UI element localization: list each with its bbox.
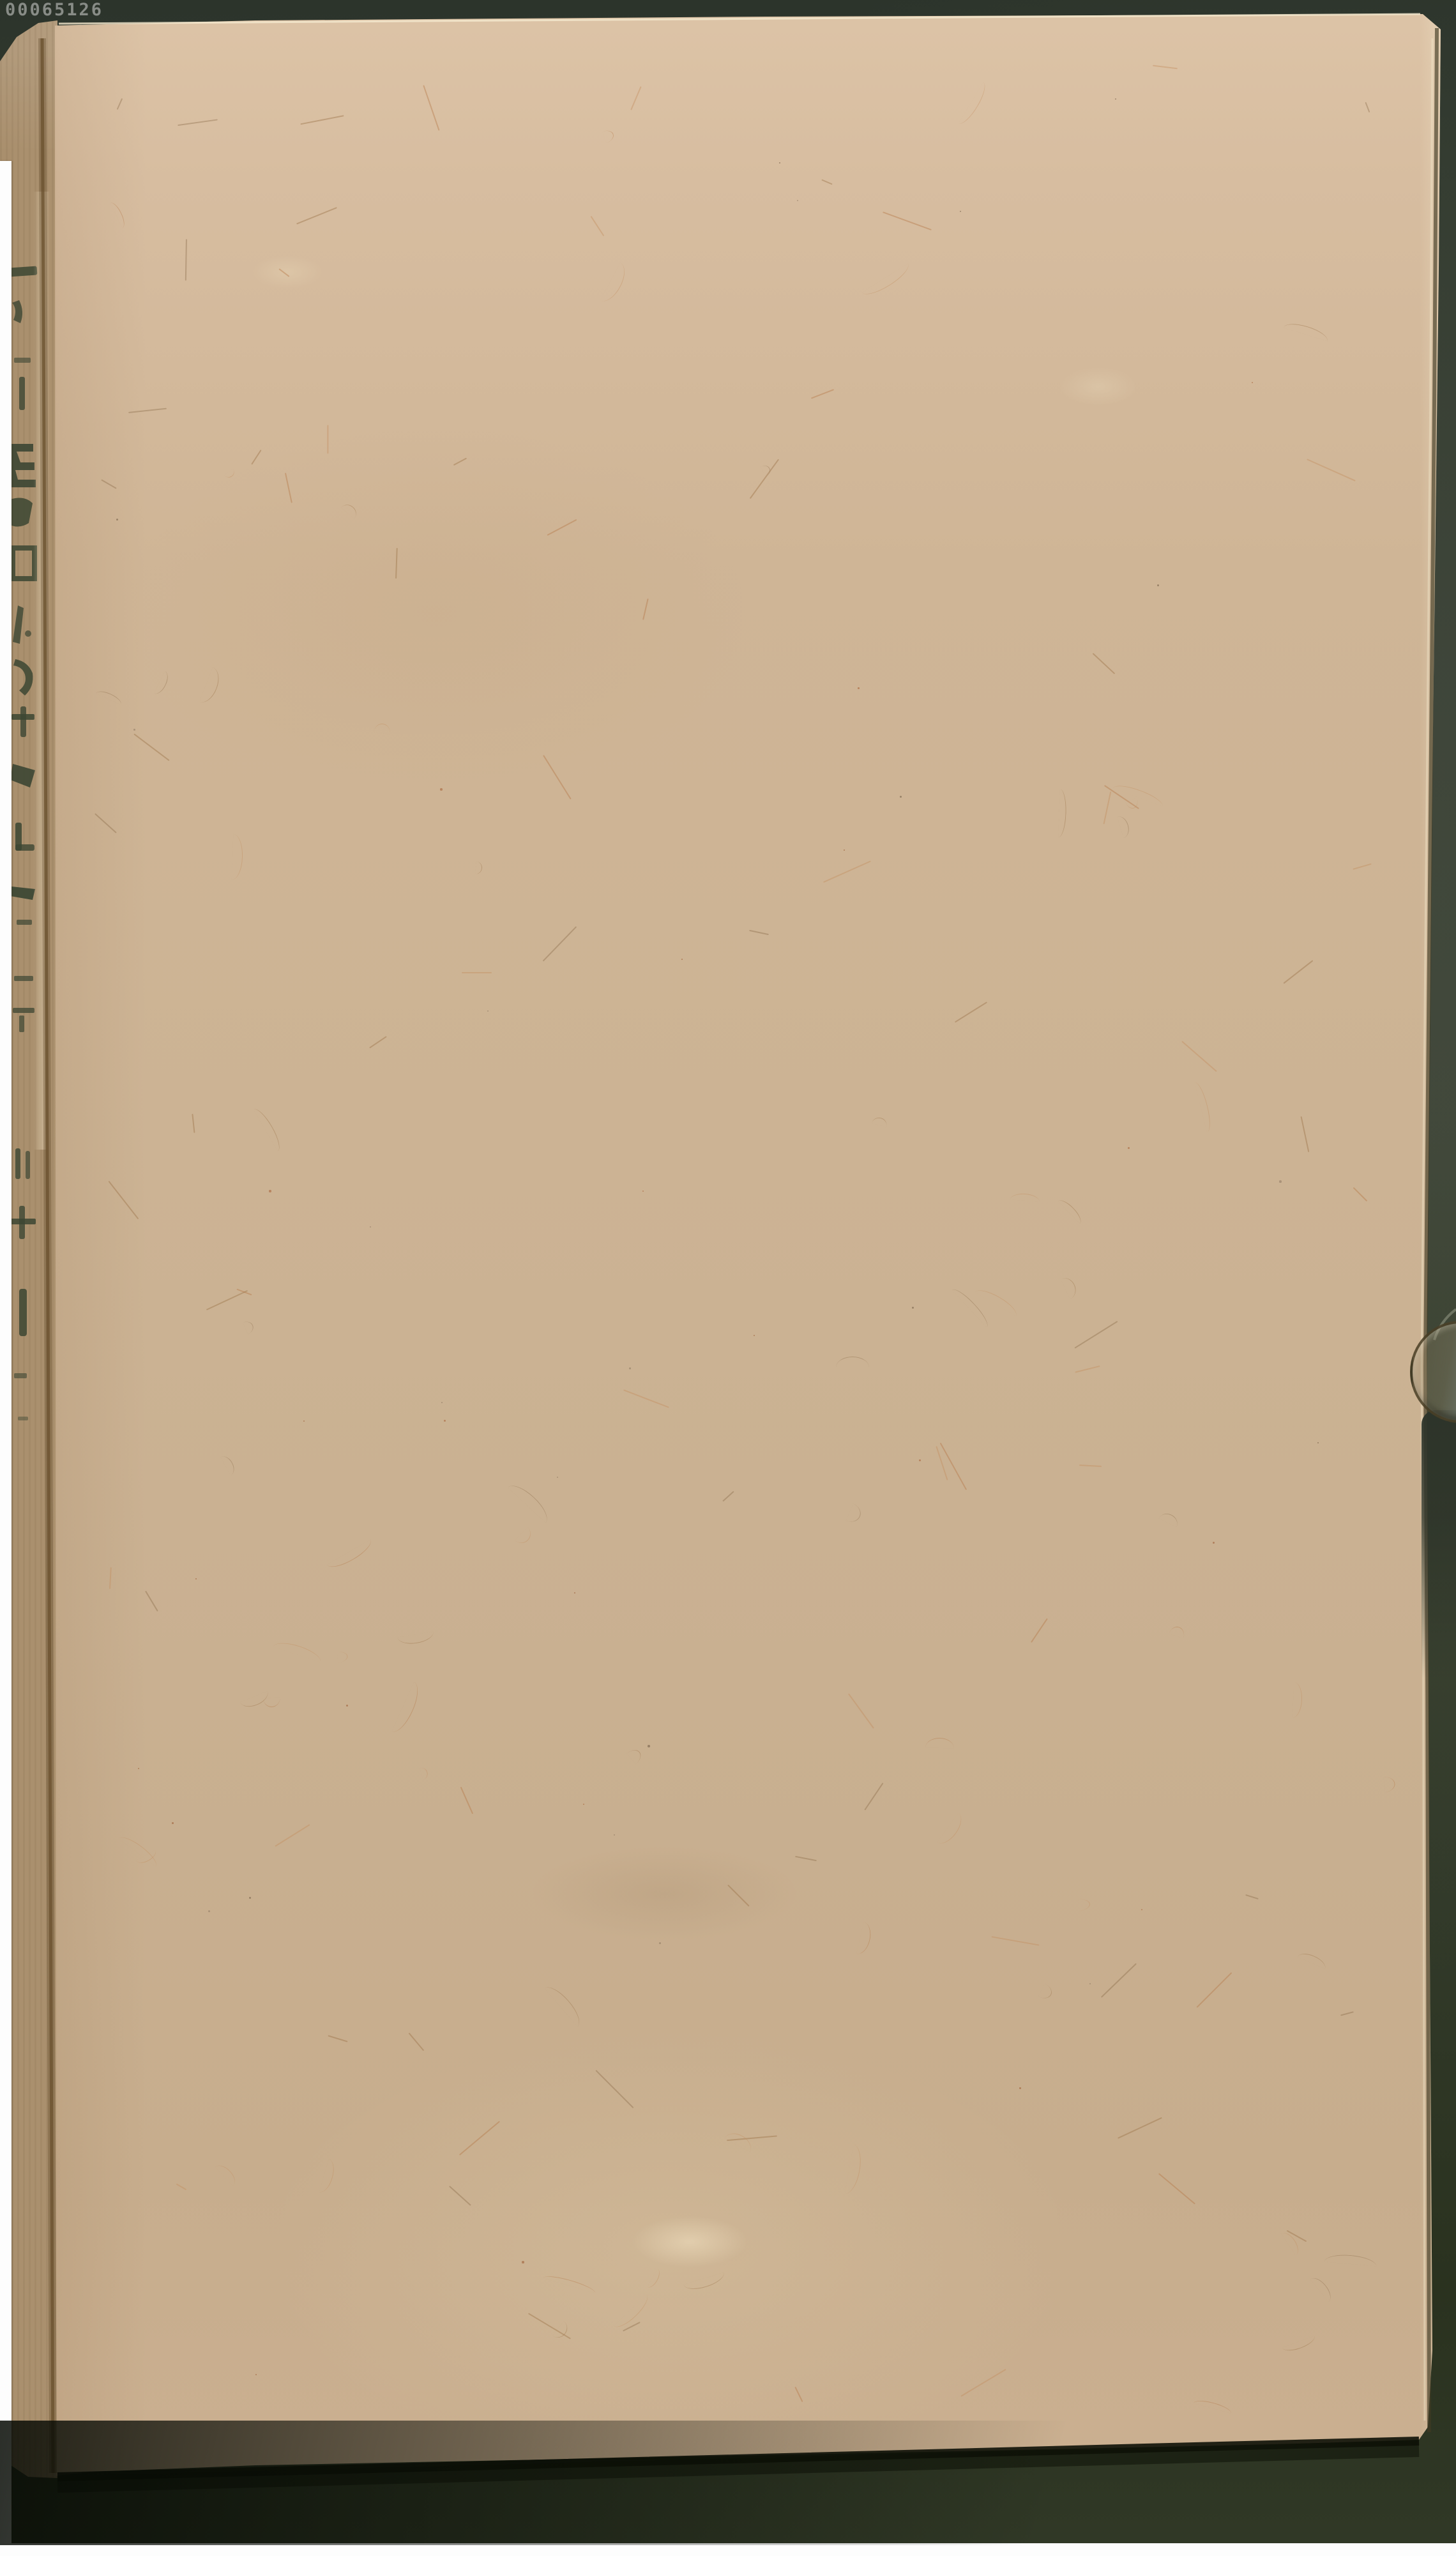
paper-speck bbox=[303, 1420, 305, 1422]
paper-fiber bbox=[128, 408, 167, 413]
paper-fiber bbox=[397, 1632, 434, 1647]
paper-fiber bbox=[991, 1936, 1039, 1945]
paper-speck bbox=[629, 1367, 631, 1369]
paper-fiber bbox=[1075, 1365, 1100, 1373]
paper-fiber bbox=[251, 450, 261, 465]
paper-fiber bbox=[937, 1813, 966, 1848]
paper-fiber bbox=[109, 1567, 112, 1589]
paper-fiber bbox=[263, 1698, 281, 1708]
paper-speck bbox=[1115, 98, 1116, 100]
paper-fiber bbox=[95, 813, 117, 833]
paper-fiber bbox=[543, 926, 577, 961]
paper-speck bbox=[440, 788, 443, 791]
paper-speck bbox=[133, 729, 135, 731]
paper-fiber bbox=[602, 128, 616, 143]
paper-speck bbox=[844, 849, 845, 851]
paper-fiber bbox=[1284, 960, 1314, 984]
paper-fiber bbox=[862, 264, 913, 300]
paper-speck bbox=[754, 1335, 755, 1336]
paper-fiber bbox=[420, 1766, 429, 1779]
paper-fiber bbox=[319, 2159, 337, 2195]
paper-fiber bbox=[278, 268, 289, 277]
paper-speck bbox=[346, 1705, 348, 1707]
paper-fiber bbox=[176, 2184, 186, 2191]
paper-speck bbox=[522, 2261, 524, 2263]
book-cast-shadow bbox=[0, 2421, 1456, 2545]
paper-speck bbox=[919, 1459, 921, 1461]
paper-fiber bbox=[449, 2186, 471, 2205]
paper-speck bbox=[681, 959, 683, 960]
paper-speck bbox=[1019, 2087, 1021, 2089]
paper-fiber bbox=[856, 1922, 874, 1956]
paper-fiber bbox=[1194, 1081, 1213, 1132]
paper-speck bbox=[487, 1010, 489, 1012]
paper-fiber bbox=[341, 501, 360, 519]
paper-fiber bbox=[596, 2070, 634, 2108]
paper-fiber bbox=[409, 2033, 425, 2051]
paper-speck bbox=[1128, 1147, 1130, 1149]
paper-fiber bbox=[623, 1389, 669, 1408]
paper-fiber bbox=[508, 1480, 553, 1523]
paper-fiber bbox=[328, 425, 329, 453]
scanner-margin-bottom bbox=[0, 2543, 1456, 2556]
paper-fiber bbox=[254, 1106, 284, 1152]
paper-fiber bbox=[845, 2145, 864, 2196]
paper-speck bbox=[574, 1592, 575, 1594]
paper-fiber bbox=[337, 1651, 349, 1663]
paper-fiber bbox=[1093, 653, 1116, 674]
paper-speck bbox=[797, 200, 798, 201]
paper-speck bbox=[444, 1420, 446, 1422]
paper-fiber bbox=[955, 1002, 987, 1023]
paper-fiber bbox=[936, 1446, 948, 1480]
paper-speck bbox=[255, 2374, 257, 2375]
paper-fiber bbox=[846, 1503, 864, 1525]
scan-id-stamp: 00065126 bbox=[5, 0, 103, 20]
paper-speck bbox=[614, 1834, 615, 1836]
paper-fiber bbox=[1194, 2398, 1232, 2413]
paper-speck bbox=[960, 211, 961, 212]
paper-fiber bbox=[872, 1116, 888, 1127]
paper-fiber bbox=[1310, 2274, 1335, 2302]
paper-fiber bbox=[459, 2121, 500, 2156]
paper-fiber bbox=[423, 85, 439, 130]
paper-fiber bbox=[391, 1682, 423, 1736]
paper-fiber bbox=[232, 834, 244, 881]
scan-canvas: 00065126 bbox=[0, 0, 1456, 2556]
paper-fiber bbox=[215, 2161, 239, 2186]
paper-fiber bbox=[101, 479, 116, 489]
paper-speck bbox=[1157, 584, 1159, 586]
paper-fiber bbox=[925, 1738, 954, 1749]
paper-fiber bbox=[395, 548, 397, 579]
paper-fiber bbox=[823, 861, 871, 883]
paper-fiber bbox=[1284, 320, 1330, 341]
paper-fiber bbox=[1038, 1983, 1054, 2001]
paper-fiber bbox=[1075, 1321, 1118, 1348]
paper-fiber bbox=[1103, 791, 1112, 824]
paper-fiber bbox=[206, 1290, 248, 1311]
paper-speck bbox=[900, 796, 902, 798]
paper-speck bbox=[1141, 1909, 1142, 1910]
paper-fiber bbox=[883, 211, 932, 230]
paper-fiber bbox=[224, 469, 236, 480]
paper-fiber bbox=[1307, 459, 1356, 481]
paper-fiber bbox=[133, 733, 169, 761]
paper-speck bbox=[912, 1307, 914, 1309]
paper-fiber bbox=[192, 1114, 195, 1133]
paper-fiber bbox=[642, 598, 648, 620]
paper-speck bbox=[1089, 1983, 1091, 1984]
paper-fiber bbox=[749, 930, 769, 935]
page-holder-stem bbox=[1422, 1410, 1456, 1678]
paper-speck bbox=[195, 1578, 197, 1579]
paper-texture bbox=[0, 0, 1456, 2556]
paper-fiber bbox=[296, 207, 337, 224]
paper-fiber bbox=[626, 1747, 644, 1765]
paper-speck bbox=[370, 1226, 371, 1228]
paper-fiber bbox=[722, 1491, 734, 1502]
scanner-margin-left bbox=[0, 161, 11, 2556]
paper-speck bbox=[858, 687, 860, 689]
paper-fiber bbox=[630, 86, 641, 110]
paper-fiber bbox=[1079, 1464, 1102, 1467]
paper-fiber bbox=[960, 2369, 1006, 2397]
paper-fiber bbox=[848, 1693, 874, 1728]
paper-speck bbox=[583, 1804, 584, 1805]
paper-fiber bbox=[545, 1982, 586, 2027]
paper-fiber bbox=[1282, 2336, 1317, 2354]
paper-fiber bbox=[811, 389, 834, 399]
paper-fiber bbox=[591, 216, 605, 236]
paper-fiber bbox=[1353, 863, 1371, 870]
paper-fiber bbox=[1061, 1275, 1079, 1299]
paper-fiber bbox=[515, 1527, 535, 1547]
paper-fiber bbox=[1078, 1898, 1091, 1911]
paper-fiber bbox=[1158, 2173, 1195, 2204]
paper-fiber bbox=[154, 671, 171, 697]
paper-fiber bbox=[1197, 1972, 1232, 2008]
paper-fiber bbox=[275, 1824, 310, 1846]
paper-fiber bbox=[1169, 1625, 1186, 1638]
paper-fiber bbox=[109, 1181, 139, 1219]
paper-fiber bbox=[543, 2272, 596, 2293]
paper-speck bbox=[249, 1897, 251, 1899]
paper-fiber bbox=[453, 458, 467, 466]
paper-fiber bbox=[199, 667, 224, 706]
paper-fiber bbox=[864, 1783, 883, 1810]
book-page bbox=[0, 0, 1456, 2556]
paper-fiber bbox=[220, 1454, 237, 1476]
paper-fiber bbox=[547, 519, 577, 536]
paper-fiber bbox=[1153, 65, 1178, 70]
paper-fiber bbox=[462, 972, 492, 973]
paper-fiber bbox=[600, 262, 630, 306]
paper-speck bbox=[648, 1745, 650, 1747]
paper-fiber bbox=[369, 1036, 387, 1048]
paper-fiber bbox=[460, 1787, 473, 1814]
paper-fiber bbox=[959, 82, 990, 127]
paper-fiber bbox=[1031, 1618, 1048, 1643]
paper-fiber bbox=[543, 755, 571, 800]
paper-fiber bbox=[1159, 1510, 1181, 1527]
paper-fiber bbox=[1365, 102, 1370, 113]
paper-fiber bbox=[285, 473, 292, 503]
paper-speck bbox=[1279, 1180, 1282, 1183]
paper-fiber bbox=[273, 1638, 324, 1662]
paper-fiber bbox=[836, 1357, 869, 1367]
paper-fiber bbox=[475, 862, 483, 875]
paper-speck bbox=[642, 1191, 644, 1192]
paper-speck bbox=[208, 1910, 210, 1912]
paper-fiber bbox=[1324, 2253, 1377, 2266]
paper-fiber bbox=[821, 179, 832, 185]
paper-fiber bbox=[327, 1539, 375, 1572]
paper-speck bbox=[116, 519, 118, 521]
paper-fiber bbox=[1101, 1963, 1137, 1998]
paper-fiber bbox=[1340, 2011, 1354, 2016]
paper-fiber bbox=[243, 1320, 255, 1335]
paper-fiber bbox=[1301, 1116, 1310, 1152]
paper-fiber bbox=[1118, 2117, 1162, 2139]
paper-fiber bbox=[145, 1591, 158, 1612]
paper-fiber bbox=[1298, 1950, 1328, 1968]
paper-fiber bbox=[975, 1285, 1020, 1316]
paper-fiber bbox=[178, 119, 218, 126]
paper-fiber bbox=[795, 1856, 817, 1861]
paper-fiber bbox=[683, 2272, 726, 2294]
paper-fiber bbox=[725, 2129, 755, 2152]
paper-fiber bbox=[1058, 1197, 1084, 1224]
paper-speck bbox=[138, 1768, 139, 1769]
paper-fiber bbox=[648, 2269, 663, 2290]
paper-fiber bbox=[1293, 1682, 1303, 1719]
paper-fiber bbox=[1112, 781, 1165, 807]
paper-fiber bbox=[300, 115, 344, 125]
paper-fiber bbox=[96, 688, 123, 705]
paper-fiber bbox=[727, 1885, 750, 1907]
paper-fiber bbox=[374, 722, 391, 734]
paper-fiber bbox=[110, 201, 127, 228]
paper-fiber bbox=[1010, 1192, 1040, 1201]
paper-fiber bbox=[1353, 1187, 1367, 1201]
paper-speck bbox=[557, 1477, 558, 1478]
paper-speck bbox=[269, 1190, 271, 1192]
paper-fiber bbox=[1058, 789, 1067, 837]
paper-fiber bbox=[117, 98, 123, 110]
paper-fiber bbox=[794, 2387, 803, 2402]
paper-fiber bbox=[1245, 1894, 1259, 1899]
paper-speck bbox=[1213, 1542, 1215, 1544]
paper-speck bbox=[779, 162, 780, 164]
paper-fiber bbox=[940, 1443, 967, 1490]
paper-speck bbox=[172, 1822, 174, 1824]
paper-speck bbox=[659, 1942, 661, 1944]
paper-fiber bbox=[328, 2035, 347, 2042]
paper-speck bbox=[1252, 382, 1253, 383]
paper-speck bbox=[441, 1402, 443, 1403]
paper-fiber bbox=[1181, 1041, 1217, 1072]
paper-speck bbox=[1317, 1442, 1319, 1443]
paper-fiber bbox=[1117, 814, 1132, 838]
paper-fiber bbox=[1383, 1776, 1395, 1792]
paper-fiber bbox=[185, 239, 187, 280]
